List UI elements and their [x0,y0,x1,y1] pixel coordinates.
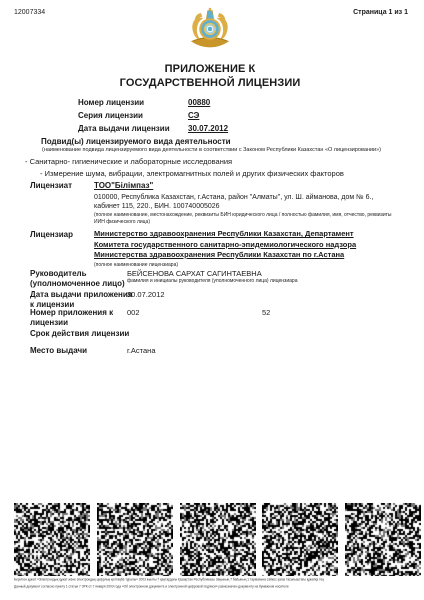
licensor-footnote: (полное наименование лицензиара) [94,262,374,269]
datamatrix-barcode [345,503,421,576]
page-counter: Страница 1 из 1 [353,9,408,16]
datamatrix-barcode [97,503,173,576]
datamatrix-barcode [262,503,338,576]
barcode-strip [14,503,421,576]
license-number-value: 00880 [188,98,210,107]
license-series-label: Серия лицензии [78,111,143,120]
document-number: 12007334 [14,9,45,16]
license-number-label: Номер лицензии [78,98,144,107]
license-document-page: 12007334 Страница 1 из 1 ПРИЛОЖЕНИЕ К ГО… [0,0,424,600]
appendix-number-value: 002 [127,308,140,317]
activity-subtype-heading: Подвид(ы) лицензируемого вида деятельнос… [41,137,231,146]
appendix-issue-date-label: Дата выдачи приложения к лицензии [30,290,133,309]
appendix-number-secondary-value: 52 [262,308,270,317]
license-issue-date-value: 30.07.2012 [188,124,228,133]
licensee-label: Лицензиат [30,181,72,191]
licensee-footnote: (полное наименование, местонахождение, р… [94,212,394,226]
activity-item: - Измерение шума, вибрации, электромагни… [40,169,344,178]
licensor-label: Лицензиар [30,230,73,240]
licensee-name: ТОО"Білімпаз" [94,181,153,190]
appendix-number-label: Номер приложения к лицензии [30,308,122,327]
license-validity-label: Срок действия лицензии [30,329,129,339]
head-official-footnote: фамилия и инициалы руководителя (уполном… [127,278,387,285]
license-series-value: СЭ [188,111,199,120]
head-official-label: Руководитель (уполномоченное лицо) [30,269,130,288]
license-issue-date-label: Дата выдачи лицензии [78,124,170,133]
datamatrix-barcode [180,503,256,576]
kazakhstan-emblem-icon [187,3,233,55]
activity-subtype-note: (наименование подвида лицензируемого вид… [42,147,381,153]
issue-place-label: Место выдачи [30,346,87,356]
activity-item: - Санитарно- гигиенические и лабораторны… [25,157,232,166]
appendix-issue-date-value: 30.07.2012 [127,290,165,299]
issue-place-value: г.Астана [127,346,156,355]
footer-note-kk: Берілген құжат «Электрондық құжат және э… [14,578,212,582]
datamatrix-barcode [14,503,90,576]
footer-note-ru: Данный документ согласно пункту 1 статьи… [14,585,212,589]
licensee-address: 010000, Республика Казахстан, г.Астана, … [94,193,396,211]
head-official-name: БЕЙСЕНОВА САРХАТ САГИНТАЕВНА [127,269,262,278]
page-title: ПРИЛОЖЕНИЕ К ГОСУДАРСТВЕННОЙ ЛИЦЕНЗИИ [110,63,310,90]
licensor-name: Министерство здравоохранения Республики … [94,229,380,261]
